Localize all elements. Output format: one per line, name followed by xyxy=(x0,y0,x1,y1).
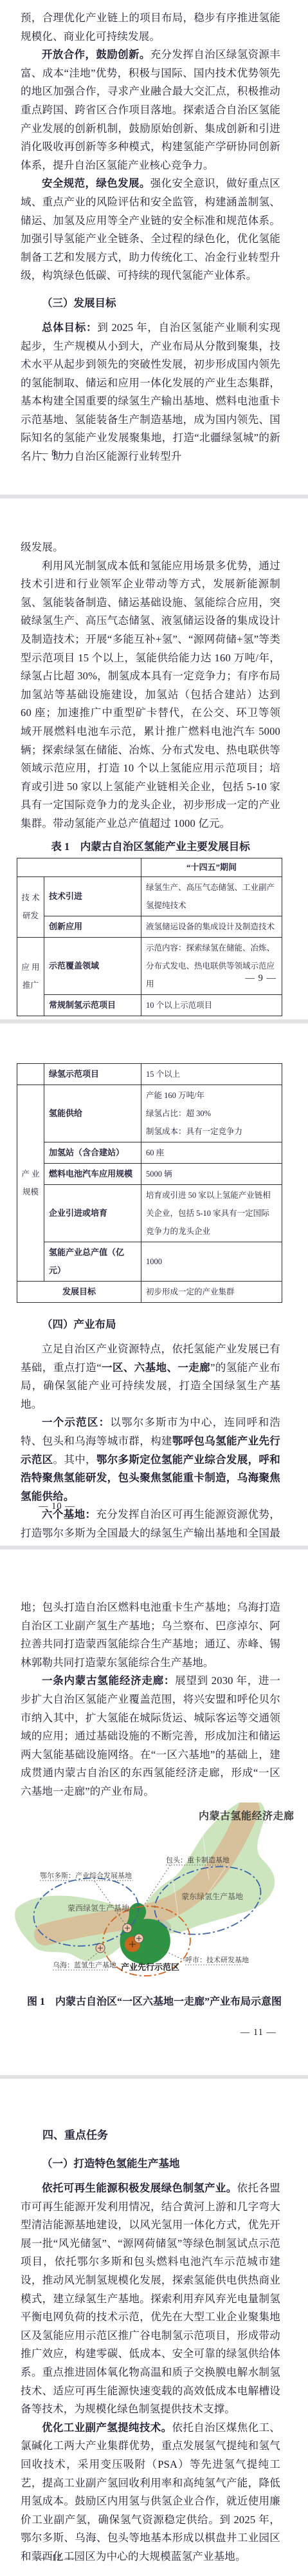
page-12: 四、重点任务 （一）打造特色氢能生产基地 依托可再生能源积极发展绿色制氢产业。依… xyxy=(0,2079,308,2576)
page-number: — 9 — xyxy=(246,973,277,984)
text-segment: 一条内蒙古氢能经济走廊： xyxy=(42,1674,175,1687)
table-label-cell: 常规制氢示范项目 xyxy=(44,994,141,1016)
figure-caption: 图 1 内蒙古自治区“一区六基地一走廊”产业布局示意图 xyxy=(13,1994,296,2010)
paragraph: 总体目标：到 2025 年，自治区氢能产业顺利实现起步，生产规模从小到大，产业布… xyxy=(21,319,280,466)
paragraph: 安全规范，绿色发展。强化安全意识，做好重点区域、重点产业的风险评估和安全监管，构… xyxy=(21,175,280,285)
industry-layout-map: 内蒙古氢能经济走廊 包头：重卡制造基地 鄂尔多斯：产业综合发展基地 蒙东绿氢生产… xyxy=(10,1803,299,1991)
table-value-cell: 初步形成一定的产业集群 xyxy=(141,1282,282,1303)
text-segment: 一个示范区： xyxy=(42,1416,110,1428)
table-group-tech-rd: 技 术 研发 xyxy=(17,876,44,937)
table-value-cell: 产能 160 万吨/年 绿氢占比：超 30% 制氢成本：具有一定竞争力 xyxy=(141,1085,282,1142)
text-segment: 充分发挥自治区绿氢资源丰富、成本“洼地”优势，积极与国际、国内技术优势领先的地区… xyxy=(21,48,280,171)
text-segment: 。其中， xyxy=(53,1454,96,1466)
text-segment: 依托各盟市可再生能源开发利用情况，结合黄河上游和几字弯大型清洁能源基地建设，以风… xyxy=(21,2182,280,2415)
table-value-cell: 5000 辆 xyxy=(141,1164,282,1185)
paragraph: 利用风光制氢成本低和氢能应用场景多优势，通过技术引进和行业领军企业带动等方式，发… xyxy=(21,557,280,833)
text-segment: 预，合理优化产业链上的项目布局，稳步有序推进氢能规模化、商业化可持续发展。 xyxy=(21,12,280,43)
goals-table-part1: “十四五”期间 技 术 研发 技术引进 绿氢生产、高压气态储氢、工业副产氢提纯技… xyxy=(17,858,282,1016)
text-segment: 级发展。 xyxy=(21,541,64,553)
map-label-mengdong: 蒙东绿氢生产基地 xyxy=(181,1891,243,1901)
table-value-cell: 培育或引进 50 家以上氢能产业链相关企业，包括 5-10 家具有一定国际竞争力… xyxy=(141,1185,282,1242)
map-figure-svg: 内蒙古氢能经济走廊 包头：重卡制造基地 鄂尔多斯：产业综合发展基地 蒙东绿氢生产… xyxy=(10,1803,299,1991)
section-heading: （四）产业布局 xyxy=(21,1316,280,1334)
table-label-cell: 技术引进 xyxy=(44,876,141,916)
table-value-cell: 1000 xyxy=(141,1242,282,1282)
page-10: 绿氢示范项目 15 个以上 产 业 规模 氢能供给 产能 160 万吨/年 绿氢… xyxy=(0,1023,308,1546)
text-segment: 开放合作，鼓励创新。 xyxy=(42,48,150,61)
table-label-cell: 企业引进或培育 xyxy=(44,1185,141,1242)
page-number: — 8 — xyxy=(39,448,70,459)
document-viewer: 预，合理优化产业链上的项目布局，稳步有序推进氢能规模化、商业化可持续发展。 开放… xyxy=(0,0,308,2576)
table-period-header: “十四五”期间 xyxy=(141,858,282,876)
paragraph: 依托可再生能源积极发展绿色制氢产业。依托各盟市可再生能源开发利用情况，结合黄河上… xyxy=(21,2179,280,2419)
text-segment: 到 2025 年，自治区氢能产业顺利实现起步，生产规模从小到大，产业布局从分散到… xyxy=(21,321,280,462)
paragraph: 一个示范区：以鄂尔多斯市为中心，连同呼和浩特、包头和乌海等城市群，构建鄂呼包乌氢… xyxy=(21,1414,280,1506)
table-label-cell: 发展目标 xyxy=(17,1282,141,1303)
text-segment: 依托自治区煤焦化工、氯碱化工两大产业集群优势，重点发展氢气提纯和氢气回收技术，采… xyxy=(21,2421,280,2562)
text-segment: 展望到 2030 年，进一步扩大自治区氢能产业覆盖范围，将兴安盟和呼伦贝尔市纳入… xyxy=(21,1674,280,1797)
table-label-cell: 燃料电池汽车应用规模 xyxy=(44,1164,141,1185)
page-8: 预，合理优化产业链上的项目布局，稳步有序推进氢能规模化、商业化可持续发展。 开放… xyxy=(0,0,308,495)
paragraph: 优化工业副产氢提纯技术。依托自治区煤焦化工、氯碱化工两大产业集群优势，重点发展氢… xyxy=(21,2419,280,2566)
text-segment: 优化工业副产氢提纯技术。 xyxy=(42,2421,172,2434)
table-value-cell: 绿氢生产、高压气态储氢、工业副产氢提纯技术 xyxy=(141,876,282,916)
text-segment: 利用风光制氢成本低和氢能应用场景多优势，通过技术引进和行业领军企业带动等方式，发… xyxy=(21,560,280,829)
text-segment: 总体目标： xyxy=(42,321,97,334)
table-group-industry-scale: 产 业 规模 xyxy=(17,1085,44,1282)
text-segment: 地；包头打造自治区燃料电池重卡生产基地；乌海打造自治区工业副产氢生产基地；乌兰察… xyxy=(21,1601,280,1669)
map-label-demo-zone: 产业先行示范区 xyxy=(121,1962,179,1972)
table-value-cell: 60 座 xyxy=(141,1142,282,1164)
text-segment: 强化安全意识，做好重点区域、重点产业的风险评估和安全监管，构建涵盖制氢、储运、加… xyxy=(21,177,280,281)
table-title: 表 1 内蒙古自治区氢能产业主要发展目标 xyxy=(21,838,280,855)
text-segment: 安全规范，绿色发展。 xyxy=(42,177,150,189)
page-9: 级发展。 利用风光制氢成本低和氢能应用场景多优势，通过技术引进和行业领军企业带动… xyxy=(0,498,308,1019)
table-label-cell: 绿氢示范项目 xyxy=(44,1064,141,1085)
table-label-cell: 加氢站（含合建站） xyxy=(44,1142,141,1164)
page-number: — 11 — xyxy=(240,2027,276,2038)
text-segment: 一区、六基地、一走廊 xyxy=(102,1361,210,1374)
paragraph: 立足自治区产业资源特点，依托氢能产业发展已有基础，重点打造“一区、六基地、一走廊… xyxy=(21,1340,280,1414)
paragraph: 地；包头打造自治区燃料电池重卡生产基地；乌海打造自治区工业副产氢生产基地；乌兰察… xyxy=(21,1598,280,1672)
map-label-ordos: 鄂尔多斯：产业综合发展基地 xyxy=(40,1871,132,1880)
table-value-cell: 液氢储运设备的集成设计及制造技术 xyxy=(141,916,282,937)
table-group-empty xyxy=(17,1064,44,1085)
table-label-cell: 氢能产业总产值（亿元） xyxy=(44,1242,141,1282)
map-label-mengxi: 蒙西绿氢生产基地 xyxy=(68,1903,129,1913)
text-segment: 依托可再生能源积极发展绿色制氢产业。 xyxy=(42,2182,237,2194)
table-value-cell: 示范内容：探索绿氢在储能、冶炼、分布式发电、热电联供等领域示范应用 xyxy=(141,937,282,994)
table-value-cell: 15 个以上 xyxy=(141,1064,282,1085)
paragraph: 一条内蒙古氢能经济走廊：展望到 2030 年，进一步扩大自治区氢能产业覆盖范围，… xyxy=(21,1672,280,1801)
chapter-heading: 四、重点任务 xyxy=(21,2126,280,2145)
map-corridor-title: 内蒙古氢能经济走廊 xyxy=(199,1810,294,1822)
section-heading: （一）打造特色氢能生产基地 xyxy=(21,2155,280,2173)
goals-table-part2: 绿氢示范项目 15 个以上 产 业 规模 氢能供给 产能 160 万吨/年 绿氢… xyxy=(17,1063,282,1303)
section-heading: （三）发展目标 xyxy=(21,294,280,312)
paragraph: 开放合作，鼓励创新。充分发挥自治区绿氢资源丰富、成本“洼地”优势，积极与国际、国… xyxy=(21,46,280,175)
paragraph: 级发展。 xyxy=(21,538,280,557)
table-group-application: 应 用 推广 xyxy=(17,937,44,1016)
map-label-hushi: 呼市：技术研发基地 xyxy=(185,1955,249,1964)
table-label-cell: 示范覆盖领域 xyxy=(44,937,141,994)
table-label-cell: 创新应用 xyxy=(44,916,141,937)
page-number: — 12 — xyxy=(39,2553,75,2564)
page-number: — 10 — xyxy=(39,1501,75,1512)
paragraph: 预，合理优化产业链上的项目布局，稳步有序推进氢能规模化、商业化可持续发展。 xyxy=(21,9,280,46)
page-11: 地；包头打造自治区燃料电池重卡生产基地；乌海打造自治区工业副产氢生产基地；乌兰察… xyxy=(0,1549,308,2075)
table-label-cell: 氢能供给 xyxy=(44,1085,141,1142)
table-corner-cell xyxy=(17,858,141,876)
map-label-wuhai: 乌海：蓝氢生产基地 xyxy=(53,1960,116,1969)
map-label-baotou: 包头：重卡制造基地 xyxy=(166,1855,230,1864)
table-value-cell: 10 个以上示范项目 xyxy=(141,994,282,1016)
